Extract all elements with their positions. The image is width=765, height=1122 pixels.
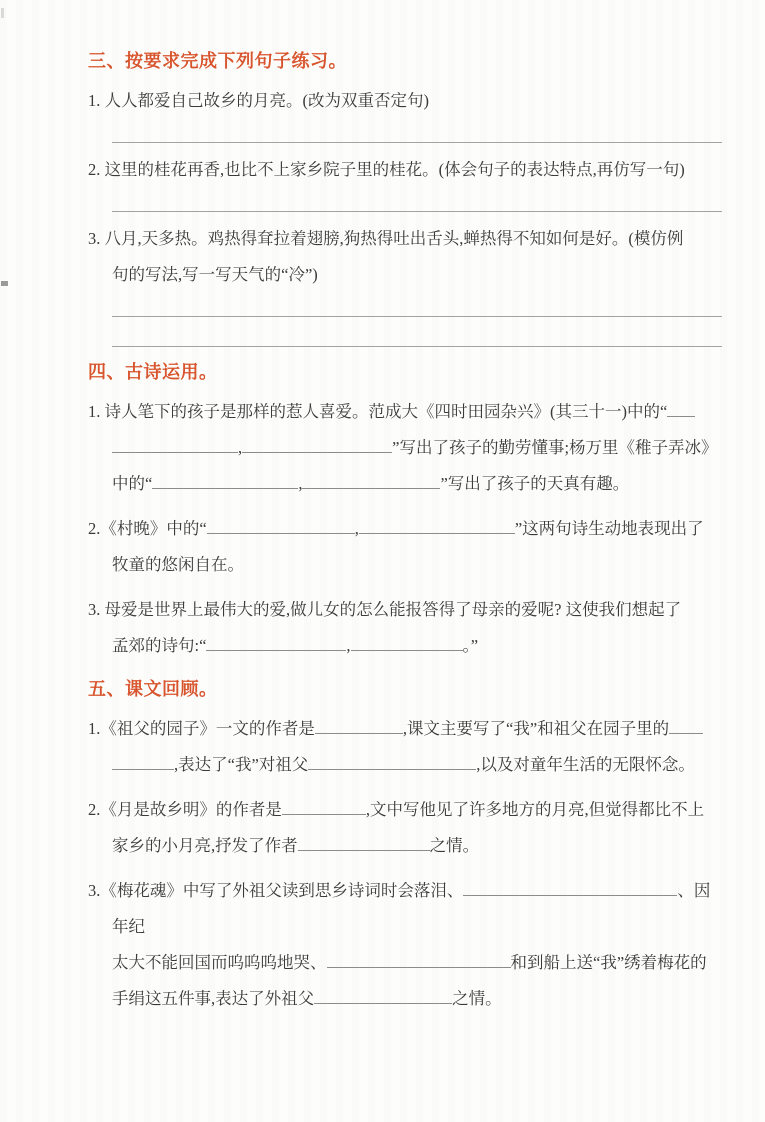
fill-in-blank [282, 801, 366, 815]
section-five: 五、课文回顾。 1.《祖父的园子》一文的作者是,课文主要写了“我”和祖父在园子里… [88, 678, 722, 1017]
fill-in-blank [112, 439, 238, 453]
answer-line [112, 317, 722, 347]
exercise-item: 1. 人人都爱自己故乡的月亮。(改为双重否定句) [88, 83, 722, 143]
fill-in-blank [206, 637, 346, 651]
item-line: 1. 诗人笔下的孩子是那样的惹人喜爱。范成大《四时田园杂兴》(其三十一)中的“ [88, 394, 722, 430]
fill-in-blank [112, 756, 174, 770]
fill-in-blank [463, 882, 677, 896]
item-line: 手绢这五件事,表达了外祖父之情。 [88, 981, 722, 1017]
item-line: 中的“,”写出了孩子的天真有趣。 [88, 466, 722, 502]
fill-in-blank [667, 403, 695, 417]
fill-in-blank [315, 720, 403, 734]
fill-in-blank [298, 837, 430, 851]
item-line: 孟郊的诗句:“,。” [88, 628, 722, 664]
section-heading: 三、按要求完成下列句子练习。 [88, 50, 722, 72]
item-line: 家乡的小月亮,抒发了作者之情。 [88, 828, 722, 864]
section-four: 四、古诗运用。 1. 诗人笔下的孩子是那样的惹人喜爱。范成大《四时田园杂兴》(其… [88, 361, 722, 664]
section-heading: 五、课文回顾。 [88, 678, 722, 700]
worksheet-page: 三、按要求完成下列句子练习。 1. 人人都爱自己故乡的月亮。(改为双重否定句) … [0, 0, 765, 1122]
exercise-item: 1.《祖父的园子》一文的作者是,课文主要写了“我”和祖父在园子里的 ,表达了“我… [88, 711, 722, 783]
answer-line [112, 119, 722, 143]
item-line: ,表达了“我”对祖父,以及对童年生活的无限怀念。 [88, 747, 722, 783]
fill-in-blank [302, 475, 440, 489]
exercise-item: 3.《梅花魂》中写了外祖父读到思乡诗词时会落泪、、因年纪 太大不能回国而呜呜呜地… [88, 873, 722, 1017]
answer-line [112, 293, 722, 317]
fill-in-blank [327, 954, 511, 968]
fill-in-blank [152, 475, 298, 489]
exercise-item: 2.《月是故乡明》的作者是,文中写他见了许多地方的月亮,但觉得都比不上 家乡的小… [88, 792, 722, 864]
exercise-item: 3. 八月,天多热。鸡热得耷拉着翅膀,狗热得吐出舌头,蝉热得不知如何是好。(模仿… [88, 221, 722, 347]
item-line: 3. 母爱是世界上最伟大的爱,做儿女的怎么能报答得了母亲的爱呢? 这使我们想起了 [88, 592, 722, 628]
section-heading: 四、古诗运用。 [88, 361, 722, 383]
fill-in-blank [207, 520, 355, 534]
fill-in-blank [242, 439, 392, 453]
fill-in-blank [359, 520, 515, 534]
item-line: 2.《村晚》中的“,”这两句诗生动地表现出了 [88, 511, 722, 547]
item-line: 1. 人人都爱自己故乡的月亮。(改为双重否定句) [88, 83, 722, 119]
item-line: 3.《梅花魂》中写了外祖父读到思乡诗词时会落泪、、因年纪 [88, 873, 722, 945]
exercise-item: 2. 这里的桂花再香,也比不上家乡院子里的桂花。(体会句子的表达特点,再仿写一句… [88, 152, 722, 212]
item-line: 句的写法,写一写天气的“冷”) [88, 257, 722, 293]
worksheet-content: 三、按要求完成下列句子练习。 1. 人人都爱自己故乡的月亮。(改为双重否定句) … [0, 0, 765, 1056]
item-line: 太大不能回国而呜呜呜地哭、和到船上送“我”绣着梅花的 [88, 945, 722, 981]
fill-in-blank [669, 720, 703, 734]
item-line: 2. 这里的桂花再香,也比不上家乡院子里的桂花。(体会句子的表达特点,再仿写一句… [88, 152, 722, 188]
exercise-item: 2.《村晚》中的“,”这两句诗生动地表现出了 牧童的悠闲自在。 [88, 511, 722, 583]
exercise-item: 3. 母爱是世界上最伟大的爱,做儿女的怎么能报答得了母亲的爱呢? 这使我们想起了… [88, 592, 722, 664]
section-three: 三、按要求完成下列句子练习。 1. 人人都爱自己故乡的月亮。(改为双重否定句) … [88, 50, 722, 347]
exercise-item: 1. 诗人笔下的孩子是那样的惹人喜爱。范成大《四时田园杂兴》(其三十一)中的“ … [88, 394, 722, 502]
item-line: 3. 八月,天多热。鸡热得耷拉着翅膀,狗热得吐出舌头,蝉热得不知如何是好。(模仿… [88, 221, 722, 257]
answer-line [112, 188, 722, 212]
item-line: 2.《月是故乡明》的作者是,文中写他见了许多地方的月亮,但觉得都比不上 [88, 792, 722, 828]
item-line: 1.《祖父的园子》一文的作者是,课文主要写了“我”和祖父在园子里的 [88, 711, 722, 747]
item-line: 牧童的悠闲自在。 [88, 547, 722, 583]
fill-in-blank [351, 637, 463, 651]
item-line: ,”写出了孩子的勤劳懂事;杨万里《稚子弄冰》 [88, 430, 722, 466]
fill-in-blank [308, 756, 476, 770]
fill-in-blank [314, 990, 452, 1004]
